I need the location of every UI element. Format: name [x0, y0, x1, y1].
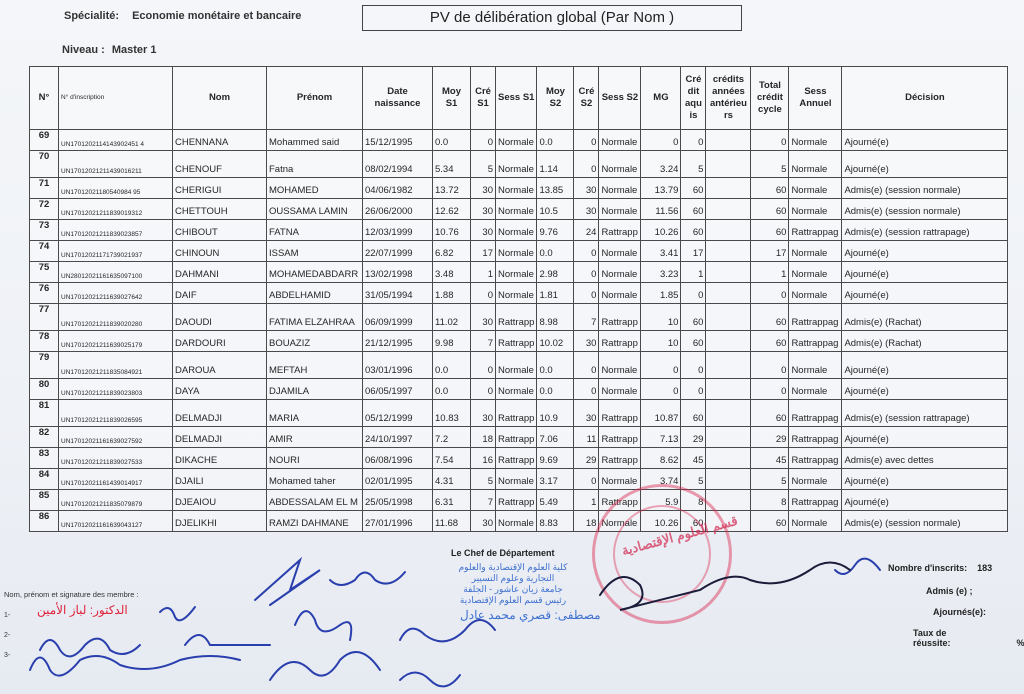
student-nom: DIKACHE	[173, 448, 267, 469]
credit-s2: 24	[574, 220, 599, 241]
birth-date: 22/07/1999	[363, 241, 433, 262]
decision: Ajourné(e)	[842, 379, 1008, 400]
session-s2: Normale	[599, 130, 641, 151]
stat-taux-label: Taux de réussite:	[913, 628, 951, 648]
moy-s1: 10.76	[433, 220, 471, 241]
column-header: MG	[641, 67, 681, 130]
moy-s1: 7.54	[433, 448, 471, 469]
cachet-line: رئيس قسم العلوم الإقتصادية	[458, 595, 568, 606]
column-header: Cré dit aqu is	[681, 67, 706, 130]
session-annuelle: Normale	[789, 469, 842, 490]
table-row: 78UN17012021211639025179DARDOURIBOUAZIZ2…	[30, 331, 1008, 352]
row-number: 84	[30, 469, 59, 490]
row-number: 72	[30, 199, 59, 220]
stat-admis: Admis (e) ;	[926, 586, 983, 596]
birth-date: 03/01/1996	[363, 352, 433, 379]
credit-s2: 0	[574, 151, 599, 178]
table-row: 84UN17012021161439014917DJAILIMohamed ta…	[30, 469, 1008, 490]
inscription-number: UN28012021161635097100	[59, 262, 173, 283]
table-row: 76UN17012021211639027642DAIFABDELHAMID31…	[30, 283, 1008, 304]
moy-s2: 0.0	[537, 130, 574, 151]
inscription-number: UN1701202114143902451 4	[59, 130, 173, 151]
session-annuelle: Rattrappag	[789, 400, 842, 427]
credit-s2: 30	[574, 178, 599, 199]
total-credit-cycle: 8	[751, 490, 789, 511]
credit-s1: 0	[471, 130, 496, 151]
total-credit-cycle: 60	[751, 511, 789, 532]
student-prenom: Mohamed taher	[267, 469, 363, 490]
session-s1: Rattrapp	[496, 304, 537, 331]
total-credit-cycle: 29	[751, 427, 789, 448]
student-nom: CHINOUN	[173, 241, 267, 262]
session-s1: Normale	[496, 199, 537, 220]
decision: Ajourné(e)	[842, 469, 1008, 490]
credit-s2: 0	[574, 283, 599, 304]
decision: Admis(e) (session rattrapage)	[842, 400, 1008, 427]
credit-s2: 29	[574, 448, 599, 469]
moy-s1: 1.88	[433, 283, 471, 304]
credit-s2: 11	[574, 427, 599, 448]
credits-anterieurs	[706, 304, 751, 331]
credits-anterieurs	[706, 199, 751, 220]
student-nom: DAIF	[173, 283, 267, 304]
total-credit-cycle: 60	[751, 400, 789, 427]
student-nom: DJELIKHI	[173, 511, 267, 532]
moy-s1: 3.48	[433, 262, 471, 283]
decision: Ajourné(e)	[842, 241, 1008, 262]
session-s2: Rattrapp	[599, 304, 641, 331]
total-credit-cycle: 60	[751, 331, 789, 352]
column-header: Cré S2	[574, 67, 599, 130]
cachet-name: مصطفى: قصري محمد عادل	[460, 608, 601, 622]
session-s1: Normale	[496, 469, 537, 490]
row-number: 71	[30, 178, 59, 199]
session-annuelle: Normale	[789, 283, 842, 304]
birth-date: 31/05/1994	[363, 283, 433, 304]
birth-date: 15/12/1995	[363, 130, 433, 151]
student-prenom: NOURI	[267, 448, 363, 469]
session-s1: Normale	[496, 283, 537, 304]
session-s1: Normale	[496, 262, 537, 283]
table-header-row: N°N° d'inscriptionNomPrénomDate naissanc…	[30, 67, 1008, 130]
moy-s2: 10.9	[537, 400, 574, 427]
inscription-number: UN17012021211639027642	[59, 283, 173, 304]
column-header: crédits années antérieu rs	[706, 67, 751, 130]
total-credit-cycle: 0	[751, 379, 789, 400]
row-number: 70	[30, 151, 59, 178]
column-header: Total crédit cycle	[751, 67, 789, 130]
credits-anterieurs	[706, 283, 751, 304]
student-prenom: Fatna	[267, 151, 363, 178]
session-s1: Rattrapp	[496, 400, 537, 427]
credit-s1: 30	[471, 511, 496, 532]
student-prenom: DJAMILA	[267, 379, 363, 400]
moy-s1: 0.0	[433, 379, 471, 400]
student-nom: CHERIGUI	[173, 178, 267, 199]
table-row: 74UN17012021171739021937CHINOUNISSAM22/0…	[30, 241, 1008, 262]
credit-s2: 18	[574, 511, 599, 532]
session-annuelle: Normale	[789, 130, 842, 151]
session-s2: Normale	[599, 469, 641, 490]
student-prenom: MEFTAH	[267, 352, 363, 379]
student-prenom: Mohammed said	[267, 130, 363, 151]
credits-acquis: 60	[681, 331, 706, 352]
session-s1: Normale	[496, 130, 537, 151]
inscription-number: UN17012021161439014917	[59, 469, 173, 490]
column-header: Cré S1	[471, 67, 496, 130]
session-s2: Normale	[599, 241, 641, 262]
birth-date: 06/09/1999	[363, 304, 433, 331]
inscription-number: UN17012021211839026595	[59, 400, 173, 427]
moy-s2: 1.81	[537, 283, 574, 304]
moyenne-generale: 8.62	[641, 448, 681, 469]
student-prenom: MARIA	[267, 400, 363, 427]
member-number: 2-	[4, 632, 10, 639]
credit-s2: 30	[574, 400, 599, 427]
moyenne-generale: 0	[641, 379, 681, 400]
stat-inscrits-label: Nombre d'inscrits:	[888, 563, 967, 573]
credit-s1: 5	[471, 469, 496, 490]
credit-s2: 1	[574, 490, 599, 511]
credits-anterieurs	[706, 379, 751, 400]
table-row: 75UN28012021161635097100DAHMANIMOHAMEDAB…	[30, 262, 1008, 283]
total-credit-cycle: 60	[751, 199, 789, 220]
student-nom: CHETTOUH	[173, 199, 267, 220]
credits-anterieurs	[706, 178, 751, 199]
decision: Ajourné(e)	[842, 130, 1008, 151]
moyenne-generale: 7.13	[641, 427, 681, 448]
credit-s2: 0	[574, 379, 599, 400]
moyenne-generale: 0	[641, 352, 681, 379]
session-annuelle: Rattrappag	[789, 304, 842, 331]
decision: Admis(e) (Rachat)	[842, 331, 1008, 352]
row-number: 86	[30, 511, 59, 532]
credit-s1: 30	[471, 400, 496, 427]
session-s2: Normale	[599, 199, 641, 220]
inscription-number: UN17012021211639025179	[59, 331, 173, 352]
student-nom: DAROUA	[173, 352, 267, 379]
credits-anterieurs	[706, 400, 751, 427]
niveau-label: Niveau :	[62, 44, 105, 56]
credit-s2: 7	[574, 304, 599, 331]
moy-s2: 5.49	[537, 490, 574, 511]
session-s2: Rattrapp	[599, 448, 641, 469]
total-credit-cycle: 0	[751, 283, 789, 304]
moy-s2: 7.06	[537, 427, 574, 448]
moy-s2: 3.17	[537, 469, 574, 490]
table-row: 83UN17012021211839027533DIKACHENOURI06/0…	[30, 448, 1008, 469]
credit-s1: 30	[471, 304, 496, 331]
student-prenom: ABDESSALAM EL M	[267, 490, 363, 511]
student-prenom: FATNA	[267, 220, 363, 241]
moy-s1: 11.02	[433, 304, 471, 331]
session-annuelle: Rattrappag	[789, 448, 842, 469]
stat-admis-label: Admis (e) ;	[926, 586, 973, 596]
stat-taux: Taux de réussite:%	[913, 628, 1024, 648]
credit-s1: 17	[471, 241, 496, 262]
session-annuelle: Rattrappag	[789, 490, 842, 511]
decision: Admis(e) (session normale)	[842, 199, 1008, 220]
session-s2: Rattrapp	[599, 331, 641, 352]
birth-date: 05/12/1999	[363, 400, 433, 427]
stat-taux-value: %	[1017, 638, 1024, 648]
moy-s1: 12.62	[433, 199, 471, 220]
inscription-number: UN17012021171739021937	[59, 241, 173, 262]
session-s2: Rattrapp	[599, 220, 641, 241]
student-nom: DARDOURI	[173, 331, 267, 352]
moy-s1: 5.34	[433, 151, 471, 178]
student-prenom: ABDELHAMID	[267, 283, 363, 304]
session-s2: Normale	[599, 283, 641, 304]
inscription-number: UN17012021211839020280	[59, 304, 173, 331]
specialite-label: Spécialité:	[64, 10, 119, 22]
decision: Admis(e) (session normale)	[842, 178, 1008, 199]
session-s1: Normale	[496, 151, 537, 178]
session-s1: Rattrapp	[496, 331, 537, 352]
total-credit-cycle: 60	[751, 178, 789, 199]
credits-acquis: 1	[681, 262, 706, 283]
row-number: 74	[30, 241, 59, 262]
student-nom: DJAILI	[173, 469, 267, 490]
session-annuelle: Rattrappag	[789, 427, 842, 448]
decision: Admis(e) (session rattrapage)	[842, 220, 1008, 241]
decision: Ajourné(e)	[842, 352, 1008, 379]
column-header: Nom	[173, 67, 267, 130]
column-header: N° d'inscription	[59, 67, 173, 130]
session-s2: Normale	[599, 151, 641, 178]
moy-s2: 2.98	[537, 262, 574, 283]
total-credit-cycle: 0	[751, 130, 789, 151]
moyenne-generale: 10.26	[641, 220, 681, 241]
moyenne-generale: 10	[641, 331, 681, 352]
table-row: 70UN17012021211439016211CHENOUFFatna08/0…	[30, 151, 1008, 178]
credit-s1: 16	[471, 448, 496, 469]
session-s2: Normale	[599, 352, 641, 379]
moyenne-generale: 10.87	[641, 400, 681, 427]
credits-acquis: 60	[681, 304, 706, 331]
moyenne-generale: 1.85	[641, 283, 681, 304]
table-row: 86UN17012021161639043127DJELIKHIRAMZI DA…	[30, 511, 1008, 532]
total-credit-cycle: 60	[751, 304, 789, 331]
moyenne-generale: 3.23	[641, 262, 681, 283]
row-number: 79	[30, 352, 59, 379]
moy-s2: 10.5	[537, 199, 574, 220]
session-s2: Normale	[599, 178, 641, 199]
moy-s2: 9.69	[537, 448, 574, 469]
inscription-number: UN17012021211839023857	[59, 220, 173, 241]
session-s1: Normale	[496, 178, 537, 199]
moy-s2: 10.02	[537, 331, 574, 352]
session-annuelle: Normale	[789, 511, 842, 532]
inscription-number: UN17012021161639043127	[59, 511, 173, 532]
total-credit-cycle: 60	[751, 220, 789, 241]
table-row: 77UN17012021211839020280DAOUDIFATIMA ELZ…	[30, 304, 1008, 331]
credit-s1: 0	[471, 379, 496, 400]
birth-date: 24/10/1997	[363, 427, 433, 448]
credits-acquis: 60	[681, 199, 706, 220]
moy-s2: 0.0	[537, 352, 574, 379]
student-prenom: OUSSAMA LAMIN	[267, 199, 363, 220]
credit-s1: 7	[471, 490, 496, 511]
table-row: 80UN17012021211839023803DAYADJAMILA06/05…	[30, 379, 1008, 400]
inscription-number: UN17012021180540984 95	[59, 178, 173, 199]
inscription-number: UN17012021211839023803	[59, 379, 173, 400]
table-row: 85UN17012021211835079879DJEAIOUABDESSALA…	[30, 490, 1008, 511]
total-credit-cycle: 5	[751, 469, 789, 490]
credits-acquis: 60	[681, 400, 706, 427]
birth-date: 06/05/1997	[363, 379, 433, 400]
credits-anterieurs	[706, 262, 751, 283]
total-credit-cycle: 17	[751, 241, 789, 262]
niveau: Niveau : Master 1	[62, 44, 157, 56]
credits-anterieurs	[706, 427, 751, 448]
moy-s1: 7.2	[433, 427, 471, 448]
session-s2: Normale	[599, 262, 641, 283]
credits-acquis: 60	[681, 220, 706, 241]
moy-s2: 0.0	[537, 379, 574, 400]
moy-s1: 6.31	[433, 490, 471, 511]
moy-s1: 13.72	[433, 178, 471, 199]
credit-s1: 7	[471, 331, 496, 352]
moyenne-generale: 3.24	[641, 151, 681, 178]
table-row: 69UN1701202114143902451 4CHENNANAMohamme…	[30, 130, 1008, 151]
credits-anterieurs	[706, 241, 751, 262]
birth-date: 26/06/2000	[363, 199, 433, 220]
credit-s2: 30	[574, 199, 599, 220]
credits-acquis: 29	[681, 427, 706, 448]
moyenne-generale: 13.79	[641, 178, 681, 199]
row-number: 83	[30, 448, 59, 469]
table-row: 79UN17012021211835084921DAROUAMEFTAH03/0…	[30, 352, 1008, 379]
row-number: 77	[30, 304, 59, 331]
moyenne-generale: 11.56	[641, 199, 681, 220]
credit-s1: 30	[471, 178, 496, 199]
members-label: Nom, prénom et signature des membre :	[4, 590, 139, 599]
student-prenom: ISSAM	[267, 241, 363, 262]
moy-s1: 10.83	[433, 400, 471, 427]
birth-date: 21/12/1995	[363, 331, 433, 352]
session-s2: Rattrapp	[599, 400, 641, 427]
student-nom: DELMADJI	[173, 400, 267, 427]
total-credit-cycle: 45	[751, 448, 789, 469]
inscription-number: UN17012021211835084921	[59, 352, 173, 379]
credits-acquis: 45	[681, 448, 706, 469]
credit-s2: 0	[574, 469, 599, 490]
credit-s2: 0	[574, 262, 599, 283]
session-s1: Normale	[496, 220, 537, 241]
student-nom: DAHMANI	[173, 262, 267, 283]
row-number: 81	[30, 400, 59, 427]
decision: Admis(e) avec dettes	[842, 448, 1008, 469]
decision: Ajourné(e)	[842, 283, 1008, 304]
credits-anterieurs	[706, 130, 751, 151]
column-header: Décision	[842, 67, 1008, 130]
session-annuelle: Normale	[789, 178, 842, 199]
moy-s1: 9.98	[433, 331, 471, 352]
student-nom: DAYA	[173, 379, 267, 400]
birth-date: 27/01/1996	[363, 511, 433, 532]
specialite-value: Economie monétaire et bancaire	[132, 10, 301, 22]
table-row: 72UN17012021211839019312CHETTOUHOUSSAMA …	[30, 199, 1008, 220]
credit-s2: 30	[574, 331, 599, 352]
moy-s2: 8.83	[537, 511, 574, 532]
student-prenom: FATIMA ELZAHRAA	[267, 304, 363, 331]
student-prenom: BOUAZIZ	[267, 331, 363, 352]
column-header: Sess S1	[496, 67, 537, 130]
row-number: 75	[30, 262, 59, 283]
column-header: Sess Annuel	[789, 67, 842, 130]
chef-departement-label: Le Chef de Département	[451, 548, 555, 558]
session-annuelle: Normale	[789, 241, 842, 262]
student-nom: DELMADJI	[173, 427, 267, 448]
student-nom: CHENOUF	[173, 151, 267, 178]
session-s1: Rattrapp	[496, 448, 537, 469]
table-row: 82UN17012021161639027592DELMADJIAMIR24/1…	[30, 427, 1008, 448]
student-prenom: RAMZI DAHMANE	[267, 511, 363, 532]
total-credit-cycle: 0	[751, 352, 789, 379]
session-s2: Rattrapp	[599, 427, 641, 448]
row-number: 76	[30, 283, 59, 304]
moy-s1: 4.31	[433, 469, 471, 490]
total-credit-cycle: 1	[751, 262, 789, 283]
session-s2: Normale	[599, 379, 641, 400]
niveau-value: Master 1	[112, 44, 157, 56]
row-number: 80	[30, 379, 59, 400]
credits-anterieurs	[706, 448, 751, 469]
credits-anterieurs	[706, 352, 751, 379]
table-row: 71UN17012021180540984 95CHERIGUIMOHAMED0…	[30, 178, 1008, 199]
member-1-name: الدكتور: لباز الأمين	[37, 603, 128, 617]
birth-date: 25/05/1998	[363, 490, 433, 511]
member-number: 1-	[4, 612, 10, 619]
session-annuelle: Normale	[789, 262, 842, 283]
row-number: 78	[30, 331, 59, 352]
credits-acquis: 17	[681, 241, 706, 262]
moyenne-generale: 3.41	[641, 241, 681, 262]
inscription-number: UN17012021211835079879	[59, 490, 173, 511]
column-header: Sess S2	[599, 67, 641, 130]
credit-s2: 0	[574, 130, 599, 151]
credits-acquis: 0	[681, 352, 706, 379]
credit-s1: 0	[471, 352, 496, 379]
moy-s1: 11.68	[433, 511, 471, 532]
inscription-number: UN17012021211839027533	[59, 448, 173, 469]
column-header: Moy S1	[433, 67, 471, 130]
column-header: Moy S2	[537, 67, 574, 130]
row-number: 69	[30, 130, 59, 151]
session-annuelle: Normale	[789, 352, 842, 379]
stat-inscrits-value: 183	[977, 563, 992, 573]
moy-s2: 13.85	[537, 178, 574, 199]
session-s1: Normale	[496, 241, 537, 262]
decision: Ajourné(e)	[842, 427, 1008, 448]
inscription-number: UN17012021211839019312	[59, 199, 173, 220]
row-number: 82	[30, 427, 59, 448]
specialite: Spécialité: Economie monétaire et bancai…	[64, 10, 301, 22]
credits-anterieurs	[706, 331, 751, 352]
stat-ajournes: Ajournés(e):	[933, 607, 996, 617]
moy-s2: 0.0	[537, 241, 574, 262]
credits-acquis: 5	[681, 151, 706, 178]
student-prenom: AMIR	[267, 427, 363, 448]
credits-anterieurs	[706, 469, 751, 490]
student-nom: CHENNANA	[173, 130, 267, 151]
member-number: 3-	[4, 652, 10, 659]
total-credit-cycle: 5	[751, 151, 789, 178]
session-s1: Rattrapp	[496, 490, 537, 511]
table-row: 73UN17012021211839023857CHIBOUTFATNA12/0…	[30, 220, 1008, 241]
cachet-line: كلية العلوم الإقتصادية والعلوم التجارية …	[458, 562, 568, 584]
